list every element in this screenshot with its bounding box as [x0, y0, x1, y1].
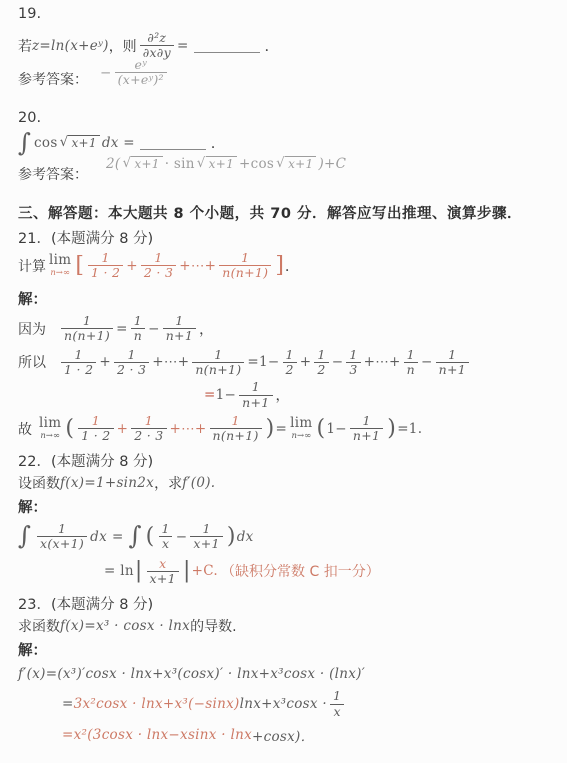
plus-sign: +: [99, 354, 111, 370]
reference-answer-label: 参考答案：: [18, 164, 88, 184]
fraction: 1 x: [159, 522, 173, 552]
fraction: x x+1: [147, 557, 179, 587]
period: ．: [285, 256, 299, 276]
q20-problem-line: ∫ cos √ x+1 dx = ．: [18, 132, 557, 155]
minus-sign: −: [332, 354, 344, 370]
q23-problem-line: 求函数 f(x)=x³ · cosx · lnx 的导数.: [18, 616, 557, 636]
question-number: 21．(本题满分 8 分): [18, 227, 153, 248]
fraction-numerator: 1: [283, 348, 297, 362]
cos-label: cos: [34, 135, 58, 151]
fraction-denominator: 2: [283, 362, 297, 377]
because-label: 因为: [18, 319, 46, 339]
therefore-label: 故: [18, 419, 32, 439]
q23-line1: f′(x)=(x³)′cosx · lnx+x³(cosx)′ · lnx+x³…: [18, 666, 557, 682]
fraction-denominator: n+1: [163, 328, 196, 343]
limit-operator: lim n→∞: [39, 417, 61, 440]
fraction-numerator: 1: [314, 348, 328, 362]
fraction: 1 n+1: [436, 348, 469, 378]
dx-equals: dx =: [102, 135, 135, 151]
q21-because-line: 因为 1 n(n+1) = 1 n − 1 n+1 ，: [18, 314, 557, 344]
fraction: 1 n: [404, 348, 418, 378]
radical-sign: √: [197, 156, 206, 171]
q21-continuation-line: = 1− 1 n+1 ，: [204, 380, 557, 410]
right-bracket: ]: [275, 255, 284, 277]
q23-line2: = 3x²cosx · lnx+x³(−sinx) lnx+x³cosx · 1…: [62, 689, 557, 719]
stem-formula: f(x)=x³ · cosx · lnx: [60, 618, 190, 634]
fraction-numerator: 1: [346, 348, 360, 362]
plus-sign: +: [126, 258, 138, 274]
fraction-numerator: eʸ: [132, 58, 150, 72]
answer-part: 2(: [106, 156, 120, 172]
minus-sign: −: [148, 321, 160, 337]
marked-expression: 3x²cosx · lnx+x³(−sinx): [74, 696, 240, 712]
right-paren: ): [227, 526, 236, 548]
fraction: 1 3: [346, 348, 360, 378]
radicand: x+1: [285, 156, 316, 172]
fraction-numerator: 1: [80, 314, 94, 328]
plus-ellipsis: +⋯+: [170, 421, 207, 437]
fraction-denominator: 1 · 2: [61, 362, 96, 377]
derivative-expansion: f′(x)=(x³)′cosx · lnx+x³(cosx)′ · lnx+x³…: [18, 666, 365, 682]
fraction: 1 n+1: [239, 380, 272, 410]
fraction-denominator: x(x+1): [37, 536, 87, 551]
stem-text: 设函数: [18, 473, 60, 493]
radicand: x+1: [206, 156, 237, 172]
limit-operator: lim n→∞: [290, 417, 312, 440]
fraction-numerator: 1: [142, 414, 156, 428]
exam-answer-document: 19. 若 z=ln(x+eʸ) ，则 ∂²z ∂x∂y = ． 参考答案： −…: [0, 0, 567, 763]
fraction: 1 n(n+1): [61, 314, 113, 344]
fraction-denominator: (x+eʸ)²: [115, 72, 167, 87]
fraction-denominator: x: [330, 704, 343, 719]
left-bracket: [: [75, 255, 84, 277]
so-label: 所以: [18, 352, 46, 372]
right-paren: ): [266, 418, 275, 440]
limit-operator: lim n→∞: [49, 254, 71, 277]
fraction-denominator: 2 · 3: [131, 428, 166, 443]
radicand: x+1: [131, 156, 162, 172]
fraction-numerator: 1: [404, 348, 418, 362]
fraction-numerator: 1: [199, 522, 213, 536]
marked-expression: =x²(3cosx · lnx−xsinx · lnx: [62, 727, 252, 743]
plus-constant-marked: +C.: [192, 563, 218, 579]
lim-subscript: n→∞: [40, 432, 60, 441]
plus-ellipsis: +⋯+: [152, 354, 189, 370]
q19-equation: z=ln(x+eʸ): [32, 38, 109, 54]
answer-part: · sin: [165, 156, 195, 172]
fraction-denominator: n+1: [239, 395, 272, 410]
q19-problem-line: 若 z=ln(x+eʸ) ，则 ∂²z ∂x∂y = ．: [18, 31, 557, 61]
fraction-denominator: n(n+1): [61, 328, 113, 343]
fraction-numerator: 1: [445, 348, 459, 362]
answer-part: +cos: [239, 156, 274, 172]
expression: 1−: [326, 421, 347, 437]
plus-sign: +: [117, 421, 129, 437]
fraction-denominator: n+1: [436, 362, 469, 377]
fraction-denominator: n: [404, 362, 418, 377]
q21-therefore-line: 故 lim n→∞ ( 1 1 · 2 + 1 2 · 3 +⋯+ 1 n(n+…: [18, 414, 557, 444]
fraction-numerator: 1: [238, 251, 252, 265]
fraction-denominator: 2: [314, 362, 328, 377]
stem-formula: f(x)=1+sin2x: [60, 475, 154, 491]
minus-sign: −: [421, 354, 433, 370]
fraction: 1 n+1: [350, 414, 383, 444]
fraction-numerator: 1: [55, 522, 69, 536]
fraction: 1 1 · 2: [88, 251, 123, 281]
radical-sign: √: [276, 156, 285, 171]
fraction: 1 2: [283, 348, 297, 378]
fraction: 1 1 · 2: [78, 414, 113, 444]
q23-solution-label: 解：: [18, 639, 557, 660]
q19-number: 19.: [18, 6, 557, 22]
answer-blank: [194, 39, 260, 53]
sqrt-expression: √ x+1: [276, 156, 316, 172]
comma: ，: [199, 319, 213, 339]
fraction-numerator: 1: [159, 522, 173, 536]
abs-bar: |: [135, 560, 143, 582]
period: ．: [211, 133, 225, 153]
fraction: 1 x: [330, 689, 344, 719]
equals-sign: =: [62, 696, 74, 712]
fraction: 1 n+1: [163, 314, 196, 344]
q22-line1: ∫ 1 x(x+1) dx = ∫ ( 1 x − 1 x+1 ) dx: [18, 522, 557, 552]
expression: 1−: [216, 387, 237, 403]
period: ．: [265, 36, 279, 56]
answer-part: )+C: [318, 156, 346, 172]
q19-answer: − eʸ (x+eʸ)²: [100, 58, 170, 88]
equals-expression: =1−: [247, 354, 279, 370]
expression: lnx+x³cosx ·: [240, 696, 327, 712]
lim-subscript: n→∞: [50, 269, 70, 278]
right-paren: ): [387, 418, 396, 440]
q21-problem-line: 计算 lim n→∞ [ 1 1 · 2 + 1 2 · 3 +⋯+ 1 n(n…: [18, 251, 557, 281]
q19-prefix: 若: [18, 36, 32, 56]
fraction: 1 2: [314, 348, 328, 378]
stem-text: 的导数.: [190, 616, 236, 636]
solution-label: 解：: [18, 288, 47, 309]
fraction-numerator: 1: [72, 348, 86, 362]
sqrt-expression: √ x+1: [197, 156, 237, 172]
result: =1.: [397, 421, 422, 437]
q19-then: ，则: [109, 36, 137, 56]
question-number: 23．(本题满分 8 分): [18, 593, 153, 614]
fraction-denominator: n(n+1): [219, 265, 271, 280]
fraction: 1 2 · 3: [141, 251, 176, 281]
sqrt-expression: √ x+1: [122, 156, 162, 172]
comma: ，: [276, 385, 290, 405]
lim-label: lim: [39, 417, 61, 431]
fraction-numerator: 1: [172, 314, 186, 328]
fraction-numerator: x: [156, 557, 169, 571]
q22-problem-line: 设函数 f(x)=1+sin2x ，求 f′(0).: [18, 473, 557, 493]
q23-line3: =x²(3cosx · lnx−xsinx · lnx +cosx)．: [62, 725, 557, 745]
plus-ellipsis: +⋯+: [364, 354, 401, 370]
fraction-numerator: 1: [151, 251, 165, 265]
equals-ln: = ln: [104, 563, 134, 579]
minus-sign: −: [176, 529, 188, 545]
fraction-numerator: 1: [330, 689, 344, 703]
integral-sign: ∫: [18, 132, 31, 155]
equals-sign: =: [276, 421, 288, 437]
fraction-denominator: x+1: [190, 536, 222, 551]
fraction-denominator: n+1: [350, 428, 383, 443]
equals-sign: =: [177, 38, 189, 54]
q20-number: 20.: [18, 110, 557, 126]
integral-sign: ∫: [129, 525, 142, 548]
plus-ellipsis: +⋯+: [179, 258, 216, 274]
q22-solution-label: 解：: [18, 496, 557, 517]
stem-formula: f′(0).: [182, 475, 215, 491]
question-number: 20.: [18, 110, 41, 126]
q21-so-line: 所以 1 1 · 2 + 1 2 · 3 +⋯+ 1 n(n+1) =1− 1 …: [18, 348, 557, 378]
question-number: 22．(本题满分 8 分): [18, 450, 153, 471]
radical-sign: √: [60, 135, 69, 150]
plus-sign: +: [300, 354, 312, 370]
q21-number: 21．(本题满分 8 分): [18, 227, 557, 248]
fraction-denominator: n: [131, 328, 145, 343]
q23-number: 23．(本题满分 8 分): [18, 593, 557, 614]
q22-number: 22．(本题满分 8 分): [18, 450, 557, 471]
lim-label: lim: [290, 417, 312, 431]
stem-text: ，求: [154, 473, 182, 493]
solution-label: 解：: [18, 639, 47, 660]
radical-sign: √: [122, 156, 131, 171]
integral-sign: ∫: [18, 525, 31, 548]
fraction-numerator: 1: [98, 251, 112, 265]
stem-text: 求函数: [18, 616, 60, 636]
section-heading: 三、解答题：本大题共 8 个小题，共 70 分．解答应写出推理、演算步骤．: [18, 202, 522, 223]
q20-answer: 2( √ x+1 · sin √ x+1 +cos √ x+1 )+C: [106, 156, 346, 172]
fraction-denominator: 1 · 2: [88, 265, 123, 280]
question-number: 19.: [18, 6, 41, 22]
fraction-denominator: 2 · 3: [114, 362, 149, 377]
fraction: 1 x+1: [190, 522, 222, 552]
fraction-numerator: 1: [124, 348, 138, 362]
fraction: 1 n(n+1): [192, 348, 244, 378]
dx-label: dx: [237, 529, 254, 545]
q21-solution-label: 解：: [18, 288, 557, 309]
fraction-denominator: n(n+1): [192, 362, 244, 377]
fraction-denominator: 3: [346, 362, 360, 377]
q22-line2: = ln | x x+1 | +C. （缺积分常数 C 扣一分）: [104, 557, 557, 587]
fraction-numerator: 1: [131, 314, 145, 328]
sqrt-expression: √ x+1: [60, 135, 100, 151]
fraction: 1 2 · 3: [114, 348, 149, 378]
grading-note: （缺积分常数 C 扣一分）: [221, 561, 380, 581]
fraction-numerator: 1: [228, 414, 242, 428]
left-paren: (: [146, 526, 155, 548]
dx-label: dx: [90, 529, 107, 545]
equals-sign-marked: =: [204, 387, 216, 403]
fraction-numerator: 1: [249, 380, 263, 394]
fraction-denominator: 1 · 2: [78, 428, 113, 443]
fraction-denominator: x+1: [147, 571, 179, 586]
fraction-numerator: ∂²z: [144, 31, 169, 45]
reference-answer-label: 参考答案：: [18, 69, 88, 89]
answer-blank: [140, 136, 206, 150]
compute-label: 计算: [18, 256, 46, 276]
solution-label: 解：: [18, 496, 47, 517]
fraction-numerator: 1: [89, 414, 103, 428]
q19-answer-line: 参考答案： − eʸ (x+eʸ)²: [18, 64, 557, 94]
fraction: 1 1 · 2: [61, 348, 96, 378]
fraction-denominator: 2 · 3: [141, 265, 176, 280]
q20-answer-line: 参考答案： 2( √ x+1 · sin √ x+1 +cos √ x+1 )+…: [18, 164, 557, 184]
fraction: 1 n(n+1): [219, 251, 271, 281]
equals-sign: =: [112, 529, 124, 545]
expression: +cosx)．: [252, 725, 314, 745]
section-heading-row: 三、解答题：本大题共 8 个小题，共 70 分．解答应写出推理、演算步骤．: [18, 202, 557, 223]
fraction: 1 n: [131, 314, 145, 344]
left-paren: (: [65, 418, 74, 440]
minus-sign: −: [100, 65, 112, 81]
fraction: 1 x(x+1): [37, 522, 87, 552]
fraction-denominator: n(n+1): [210, 428, 262, 443]
answer-fraction: eʸ (x+eʸ)²: [115, 58, 167, 88]
radicand: x+1: [68, 135, 99, 151]
fraction: 1 2 · 3: [131, 414, 166, 444]
fraction-numerator: 1: [359, 414, 373, 428]
lim-subscript: n→∞: [291, 432, 311, 441]
left-paren: (: [317, 418, 326, 440]
fraction-denominator: x: [159, 536, 172, 551]
abs-bar: |: [183, 560, 191, 582]
lim-label: lim: [49, 254, 71, 268]
fraction: 1 n(n+1): [210, 414, 262, 444]
fraction-numerator: 1: [211, 348, 225, 362]
equals-sign: =: [116, 321, 128, 337]
